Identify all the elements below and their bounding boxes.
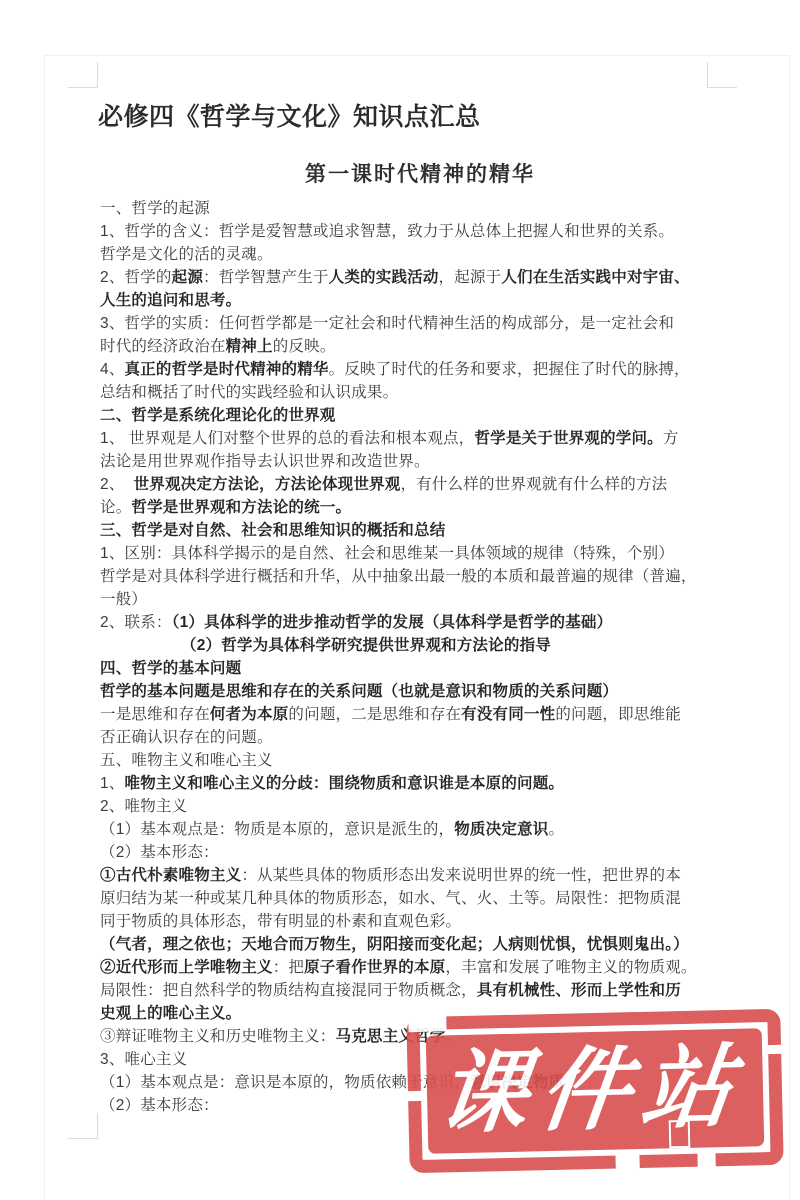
text-segment: ③辩证唯物主义和历史唯物主义： [100, 1028, 336, 1045]
text-segment: （1）基本观点是：物质是本原的，意识是派生的， [100, 821, 454, 838]
bold-text-segment: 哲学是关于世界观的学问。 [474, 430, 662, 447]
text-segment: 的问题，二是思维和存在 [288, 706, 461, 723]
text-segment: 哲学是文化的活的灵魂。 [100, 246, 273, 263]
text-line: 1、唯物主义和唯心主义的分歧：围绕物质和意识谁是本原的问题。 [100, 772, 714, 795]
kejianzhan-watermark-stamp: 课件站 [406, 1009, 783, 1173]
text-line: （1）基本观点是：物质是本原的，意识是派生的，物质决定意识。 [100, 818, 714, 841]
bold-text-segment: 何者为本原 [210, 706, 289, 723]
bold-text-segment: 四、哲学的基本问题 [100, 660, 241, 677]
text-segment: ：哲学智慧产生于 [203, 269, 329, 286]
text-line: 4、真正的哲学是时代精神的精华。反映了时代的任务和要求，把握住了时代的脉搏， [100, 358, 714, 381]
bold-text-segment: 唯物主义和唯心主义的分歧：围绕物质和意识谁是本原的问题。 [125, 775, 565, 792]
bold-text-segment: （1）具体科学的进步推动哲学的发展（具体科学是哲学的基础） [172, 614, 613, 631]
text-line: 否正确认识存在的问题。 [100, 726, 714, 749]
text-line: 四、哲学的基本问题 [100, 657, 714, 680]
bold-text-segment: ①古代朴素唯物主义 [100, 867, 241, 884]
text-segment: 原归结为某一种或某几种具体的物质形态，如水、气、火、土等。局限性：把物质混 [100, 890, 681, 907]
text-segment: （2）基本形态： [100, 844, 219, 861]
text-segment: 哲学是对具体科学进行概括和升华，从中抽象出最一般的本质和最普遍的规律（普遍， [100, 568, 697, 585]
text-segment: 的问题，即思维能 [555, 706, 681, 723]
text-line: 1、哲学的含义：哲学是爱智慧或追求智慧，致力于从总体上把握人和世界的关系。 [100, 220, 714, 243]
bold-text-segment: 三、哲学是对自然、社会和思维知识的概括和总结 [100, 522, 445, 539]
text-line: 1、 世界观是人们对整个世界的总的看法和根本观点，哲学是关于世界观的学问。方 [100, 427, 714, 450]
text-segment: 2、哲学的 [100, 269, 172, 286]
bold-text-segment: 哲学是世界观和方法论的统一。 [131, 499, 351, 516]
text-segment: 同于物质的具体形态，带有明显的朴素和直观色彩。 [100, 913, 461, 930]
bold-text-segment: 哲学的基本问题是思维和存在的关系问题（也就是意识和物质的关系问题） [100, 683, 618, 700]
bold-text-segment: 具有机械性、形而上学性和历 [477, 982, 681, 999]
bold-text-segment: 原子看作世界的本原 [304, 959, 445, 976]
stamp-fill: 课件站 [426, 1028, 765, 1154]
text-line: 局限性：把自然科学的物质结构直接混同于物质概念，具有机械性、形而上学性和历 [100, 979, 714, 1002]
bold-text-segment: 起源 [172, 269, 203, 286]
text-segment: 一、哲学的起源 [100, 200, 210, 217]
text-line: 法论是用世界观作指导去认识世界和改造世界。 [100, 450, 714, 473]
text-line: （2）哲学为具体科学研究提供世界观和方法论的指导 [100, 634, 714, 657]
lesson-title: 第一课时代精神的精华 [305, 158, 535, 188]
text-line: 五、唯物主义和唯心主义 [100, 749, 714, 772]
text-segment: 方 [663, 430, 679, 447]
text-line: 2、唯物主义 [100, 795, 714, 818]
text-segment: 2、 [100, 476, 134, 493]
text-line: 一、哲学的起源 [100, 197, 714, 220]
text-line: 2、哲学的起源：哲学智慧产生于人类的实践活动，起源于人们在生活实践中对宇宙、 [100, 266, 714, 289]
text-line: 原归结为某一种或某几种具体的物质形态，如水、气、火、土等。局限性：把物质混 [100, 887, 714, 910]
stamp-distress-notch [408, 1014, 446, 1032]
boundary-line [707, 87, 737, 88]
bold-text-segment: 真正的哲学是时代精神的精华 [125, 361, 329, 378]
text-line: 三、哲学是对自然、社会和思维知识的概括和总结 [100, 519, 714, 542]
text-segment: 1、 世界观是人们对整个世界的总的看法和根本观点， [100, 430, 474, 447]
stamp-distress-notch [766, 1045, 783, 1054]
document-body: 一、哲学的起源1、哲学的含义：哲学是爱智慧或追求智慧，致力于从总体上把握人和世界… [100, 197, 714, 1117]
text-segment: ，有什么样的世界观就有什么样的方法 [400, 476, 667, 493]
text-segment: 时代的经济政治在 [100, 338, 226, 355]
text-segment: 1、区别：具体科学揭示的是自然、社会和思维某一具体领域的规律（特殊，个别） [100, 545, 674, 562]
bold-text-segment: 物质决定意识 [454, 821, 548, 838]
bold-text-segment: （2）哲学为具体科学研究提供世界观和方法论的指导 [181, 637, 551, 654]
stamp-distress-notch [615, 1153, 639, 1171]
bold-text-segment: 二、哲学是系统化理论化的世界观 [100, 407, 336, 424]
text-line: 哲学的基本问题是思维和存在的关系问题（也就是意识和物质的关系问题） [100, 680, 714, 703]
text-line: 二、哲学是系统化理论化的世界观 [100, 404, 714, 427]
text-line: 人生的追问和思考。 [100, 289, 714, 312]
stamp-text: 课件站 [433, 1042, 750, 1139]
text-segment: 一般） [100, 591, 147, 608]
bold-text-segment: 精神上 [226, 338, 273, 355]
bold-text-segment: （气者，理之依也；天地合而万物生，阴阳接而变化起；人病则忧惧，忧惧则鬼出。） [100, 936, 689, 953]
text-segment: 1、哲学的含义：哲学是爱智慧或追求智慧，致力于从总体上把握人和世界的关系。 [100, 223, 674, 240]
text-line: 一是思维和存在何者为本原的问题，二是思维和存在有没有同一性的问题，即思维能 [100, 703, 714, 726]
stamp-distress-notch [406, 1091, 423, 1101]
bold-text-segment: 世界观决定方法论，方法论体现世界观 [134, 476, 401, 493]
text-line: （2）基本形态： [100, 841, 714, 864]
text-segment: 总结和概括了时代的实践经验和认识成果。 [100, 384, 398, 401]
bold-text-segment: 人类的实践活动 [329, 269, 439, 286]
text-line: 总结和概括了时代的实践经验和认识成果。 [100, 381, 714, 404]
document-title: 必修四《哲学与文化》知识点汇总 [98, 97, 481, 133]
text-segment: 的反映。 [273, 338, 336, 355]
bold-text-segment: ②近代形而上学唯物主义 [100, 959, 273, 976]
boundary-line [97, 1113, 98, 1139]
text-segment: 2、唯物主义 [100, 798, 187, 815]
text-segment: 。反映了时代的任务和要求，把握住了时代的脉搏， [329, 361, 690, 378]
text-line: 一般） [100, 588, 714, 611]
text-segment: 3、唯心主义 [100, 1051, 187, 1068]
boundary-line [707, 62, 708, 88]
text-segment: 否正确认识存在的问题。 [100, 729, 273, 746]
boundary-line [97, 62, 98, 88]
text-line: 2、联系：（1）具体科学的进步推动哲学的发展（具体科学是哲学的基础） [100, 611, 714, 634]
text-segment: 五、唯物主义和唯心主义 [100, 752, 273, 769]
bold-text-segment: 人们在生活实践中对宇宙、 [501, 269, 689, 286]
text-line: 时代的经济政治在精神上的反映。 [100, 335, 714, 358]
text-line: ②近代形而上学唯物主义：把原子看作世界的本原，丰富和发展了唯物主义的物质观。 [100, 956, 714, 979]
boundary-line [68, 87, 98, 88]
text-segment: 局限性：把自然科学的物质结构直接混同于物质概念， [100, 982, 477, 999]
text-segment: 法论是用世界观作指导去认识世界和改造世界。 [100, 453, 430, 470]
text-line: 哲学是对具体科学进行概括和升华，从中抽象出最一般的本质和最普遍的规律（普遍， [100, 565, 714, 588]
text-line: 2、 世界观决定方法论，方法论体现世界观，有什么样的世界观就有什么样的方法 [100, 473, 714, 496]
text-line: 论。哲学是世界观和方法论的统一。 [100, 496, 714, 519]
boundary-line [68, 1138, 98, 1139]
text-line: 3、哲学的实质：任何哲学都是一定社会和时代精神生活的构成部分，是一定社会和 [100, 312, 714, 335]
text-segment: ，起源于 [439, 269, 502, 286]
document-page: 必修四《哲学与文化》知识点汇总 第一课时代精神的精华 一、哲学的起源1、哲学的含… [0, 0, 800, 1200]
text-line: 1、区别：具体科学揭示的是自然、社会和思维某一具体领域的规律（特殊，个别） [100, 542, 714, 565]
text-segment: ，丰富和发展了唯物主义的物质观。 [445, 959, 696, 976]
text-segment: 4、 [100, 361, 125, 378]
text-segment: 一是思维和存在 [100, 706, 210, 723]
lesson-title-wrap: 第一课时代精神的精华 [110, 158, 730, 188]
text-segment: 1、 [100, 775, 125, 792]
text-segment: 2、联系： [100, 614, 172, 631]
text-line: 哲学是文化的活的灵魂。 [100, 243, 714, 266]
text-segment: 。 [548, 821, 564, 838]
stamp-square-detail [669, 1120, 691, 1148]
bold-text-segment: 人生的追问和思考。 [100, 292, 241, 309]
text-line: （气者，理之依也；天地合而万物生，阴阳接而变化起；人病则忧惧，忧惧则鬼出。） [100, 933, 714, 956]
text-line: 同于物质的具体形态，带有明显的朴素和直观色彩。 [100, 910, 714, 933]
text-segment: ：把 [273, 959, 304, 976]
bold-text-segment: 有没有同一性 [461, 706, 555, 723]
text-segment: 3、哲学的实质：任何哲学都是一定社会和时代精神生活的构成部分，是一定社会和 [100, 315, 674, 332]
text-line: ①古代朴素唯物主义：从某些具体的物质形态出发来说明世界的统一性，把世界的本 [100, 864, 714, 887]
stamp-distress-notch [697, 1151, 715, 1168]
bold-text-segment: 史观上的唯心主义。 [100, 1005, 241, 1022]
text-segment: （2）基本形态： [100, 1097, 219, 1114]
text-segment: ：从某些具体的物质形态出发来说明世界的统一性，把世界的本 [241, 867, 681, 884]
text-segment: 论。 [100, 499, 131, 516]
